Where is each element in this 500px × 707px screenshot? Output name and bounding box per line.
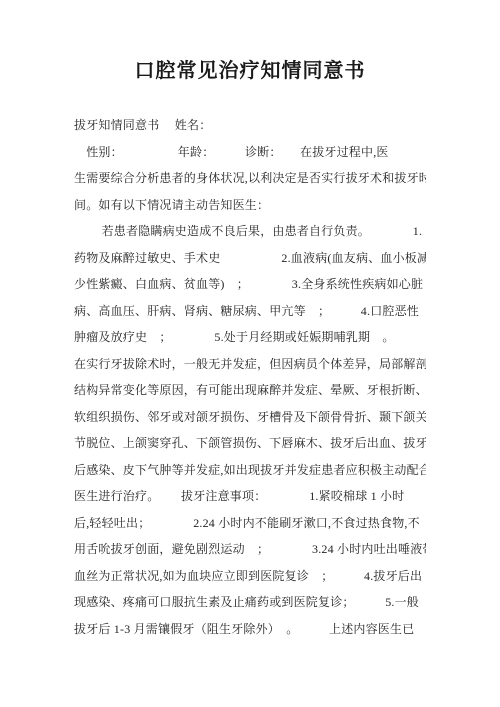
text-line: 结构异常变化等原因，有可能出现麻醉并发症、晕厥、牙根折断、 bbox=[74, 377, 426, 404]
text-line: 若患者隐瞒病史造成不良后果，由患者自行负责。 1. bbox=[74, 218, 426, 245]
text-line: 后,轻轻吐出； 2.24 小时内不能刷牙漱口,不食过热食物,不 bbox=[74, 510, 426, 537]
text-line: 性别： 年龄： 诊断： 在拔牙过程中,医 bbox=[74, 139, 426, 166]
text-line: 现感染、疼痛可口服抗生素及止痛药或到医院复诊； 5.一般 bbox=[74, 589, 426, 616]
text-line: 血丝为正常状况,如为血块应立即到医院复诊 ； 4.拔牙后出 bbox=[74, 563, 426, 590]
text-line: 用舌吮拔牙创面，避免剧烈运动 ； 3.24 小时内吐出唾液带 bbox=[74, 536, 426, 563]
text-line: 拔牙知情同意书 姓名： bbox=[74, 112, 426, 139]
text-line: 药物及麻醉过敏史、手术史 2.血液病(血友病、血小板减 bbox=[74, 245, 426, 272]
text-line: 生需要综合分析患者的身体状况,以利决定是否实行拔牙术和拔牙时 bbox=[74, 165, 426, 192]
text-line: 医生进行治疗。 拔牙注意事项： 1.紧咬棉球 1 小时 bbox=[74, 483, 426, 510]
document-title: 口腔常见治疗知情同意书 bbox=[0, 0, 500, 85]
text-line: 在实行牙拔除术时，一般无并发症，但因病员个体差异，局部解剖 bbox=[74, 351, 426, 378]
document-body: 拔牙知情同意书 姓名： 性别： 年龄： 诊断： 在拔牙过程中,医生需要综合分析患… bbox=[74, 112, 426, 642]
text-line: 少性紫癜、白血病、贫血等) ； 3.全身系统性疾病如心脏 bbox=[74, 271, 426, 298]
text-line: 软组织损伤、邻牙或对颌牙损伤、牙槽骨及下颌骨骨折、颞下颌关 bbox=[74, 404, 426, 431]
text-line: 拔牙后 1-3 月需镶假牙（阻生牙除外） 。 上述内容医生已 bbox=[74, 616, 426, 643]
text-line: 间。如有以下情况请主动告知医生： bbox=[74, 192, 426, 219]
document-page: 口腔常见治疗知情同意书 拔牙知情同意书 姓名： 性别： 年龄： 诊断： 在拔牙过… bbox=[0, 0, 500, 707]
text-line: 肿瘤及放疗史 ； 5.处于月经期或妊娠期哺乳期 。 bbox=[74, 324, 426, 351]
text-line: 后感染、皮下气肿等并发症,如出现拔牙并发症患者应积极主动配合 bbox=[74, 457, 426, 484]
text-line: 病、高血压、肝病、肾病、糖尿病、甲亢等 ； 4.口腔恶性 bbox=[74, 298, 426, 325]
text-line: 节脱位、上颌窦穿孔、下颌管损伤、下唇麻木、拔牙后出血、拔牙 bbox=[74, 430, 426, 457]
